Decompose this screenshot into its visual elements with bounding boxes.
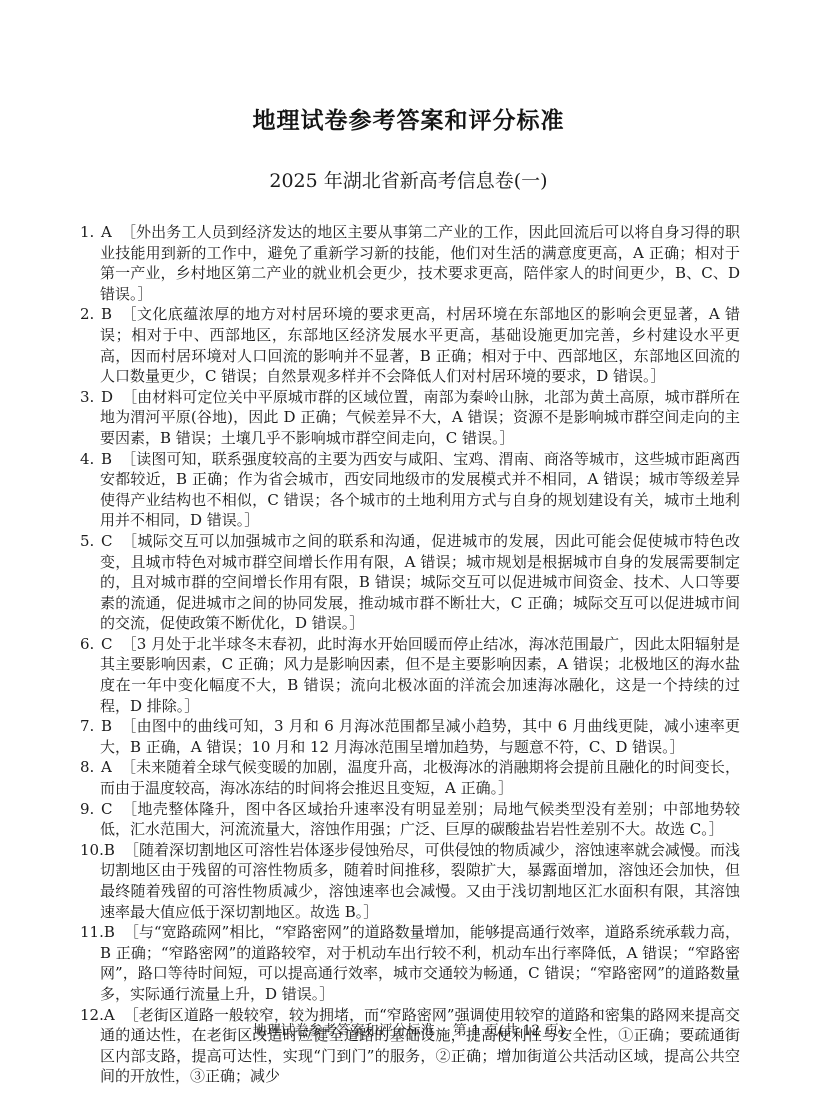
answer-item: 4.B［读图可知，联系强度较高的主要为西安与咸阳、宝鸡、渭南、商洛等城市，这些城… [80, 449, 740, 531]
page-footer: 地理试卷参考答案和评分标准第 1 页(共 12 页) [0, 1020, 817, 1040]
question-number: 8. [80, 757, 101, 778]
question-number: 2. [80, 304, 101, 325]
answer-item: 2.B［文化底蕴浓厚的地方对村居环境的要求更高，村居环境在东部地区的影响会更显著… [80, 304, 740, 386]
explanation-text: ［读图可知，联系强度较高的主要为西安与咸阳、宝鸡、渭南、商洛等城市，这些城市距离… [100, 450, 740, 530]
answer-letter: C [101, 532, 112, 550]
question-number: 4. [80, 449, 101, 470]
answer-letter: B [101, 305, 112, 323]
explanation-text: ［地壳整体隆升，图中各区域抬升速率没有明显差别；局地气候类型没有差别；中部地势较… [100, 800, 740, 839]
explanation-text: ［由材料可定位关中平原城市群的区域位置，南部为秦岭山脉，北部为黄土高原，城市群所… [100, 388, 740, 447]
answer-letter: B [101, 450, 112, 468]
answer-letter: C [101, 635, 112, 653]
footer-doc-name: 地理试卷参考答案和评分标准 [253, 1023, 435, 1039]
page-title: 地理试卷参考答案和评分标准 [0, 102, 817, 135]
answer-letter: B [104, 841, 115, 859]
answer-letter: B [104, 923, 115, 941]
explanation-text: ［文化底蕴浓厚的地方对村居环境的要求更高，村居环境在东部地区的影响会更显著，A … [100, 305, 740, 385]
answer-item: 11.B［与“宽路疏网”相比，“窄路密网”的道路数量增加，能够提高通行效率，道路… [80, 922, 740, 1004]
answer-item: 3.D［由材料可定位关中平原城市群的区域位置，南部为秦岭山脉，北部为黄土高原，城… [80, 387, 740, 449]
explanation-text: ［老街区道路一般较窄，较为拥堵，而“窄路密网”强调使用较窄的道路和密集的路网来提… [100, 1006, 740, 1086]
exam-subtitle: 2025 年湖北省新高考信息卷(一) [0, 166, 817, 193]
answer-letter: C [101, 800, 112, 818]
answer-sheet-page: 地理试卷参考答案和评分标准 2025 年湖北省新高考信息卷(一) 1.A［外出务… [0, 0, 817, 1100]
question-number: 7. [80, 716, 101, 737]
question-number: 9. [80, 799, 101, 820]
question-number: 1. [80, 222, 101, 243]
question-number: 5. [80, 531, 101, 552]
question-number: 11. [80, 922, 104, 943]
question-number: 6. [80, 634, 101, 655]
explanation-text: ［与“宽路疏网”相比，“窄路密网”的道路数量增加，能够提高通行效率，道路系统承载… [100, 923, 740, 1003]
explanation-text: ［由图中的曲线可知，3 月和 6 月海冰范围都呈减小趋势，其中 6 月曲线更陡，… [100, 717, 740, 756]
answer-item: 6.C［3 月处于北半球冬末春初，此时海水开始回暖而停止结冰，海冰范围最广，因此… [80, 634, 740, 716]
answer-item: 9.C［地壳整体隆升，图中各区域抬升速率没有明显差别；局地气候类型没有差别；中部… [80, 799, 740, 840]
question-number: 10. [80, 840, 104, 861]
answer-item: 5.C［城际交互可以加强城市之间的联系和沟通，促进城市的发展，因此可能会促使城市… [80, 531, 740, 634]
answer-letter: A [101, 223, 112, 241]
explanation-text: ［随着深切割地区可溶性岩体逐步侵蚀殆尽，可供侵蚀的物质减少，溶蚀速率就会减慢。而… [100, 841, 740, 921]
answer-item: 12.A［老街区道路一般较窄，较为拥堵，而“窄路密网”强调使用较窄的道路和密集的… [80, 1005, 740, 1087]
answer-letter: A [101, 758, 112, 776]
explanation-text: ［3 月处于北半球冬末春初，此时海水开始回暖而停止结冰，海冰范围最广，因此太阳辐… [100, 635, 740, 715]
answer-list: 1.A［外出务工人员到经济发达的地区主要从事第二产业的工作，因此回流后可以将自身… [80, 222, 740, 1087]
explanation-text: ［城际交互可以加强城市之间的联系和沟通，促进城市的发展，因此可能会促使城市特色改… [100, 532, 740, 632]
answer-item: 7.B［由图中的曲线可知，3 月和 6 月海冰范围都呈减小趋势，其中 6 月曲线… [80, 716, 740, 757]
answer-item: 10.B［随着深切割地区可溶性岩体逐步侵蚀殆尽，可供侵蚀的物质减少，溶蚀速率就会… [80, 840, 740, 922]
answer-item: 8.A［未来随着全球气候变暖的加剧，温度升高，北极海冰的消融期将会提前且融化的时… [80, 757, 740, 798]
question-number: 3. [80, 387, 101, 408]
explanation-text: ［未来随着全球气候变暖的加剧，温度升高，北极海冰的消融期将会提前且融化的时间变长… [100, 758, 740, 797]
explanation-text: ［外出务工人员到经济发达的地区主要从事第二产业的工作，因此回流后可以将自身习得的… [100, 223, 740, 303]
footer-page-number: 第 1 页(共 12 页) [453, 1023, 564, 1039]
answer-letter: D [101, 388, 113, 406]
answer-item: 1.A［外出务工人员到经济发达的地区主要从事第二产业的工作，因此回流后可以将自身… [80, 222, 740, 304]
answer-letter: B [101, 717, 112, 735]
